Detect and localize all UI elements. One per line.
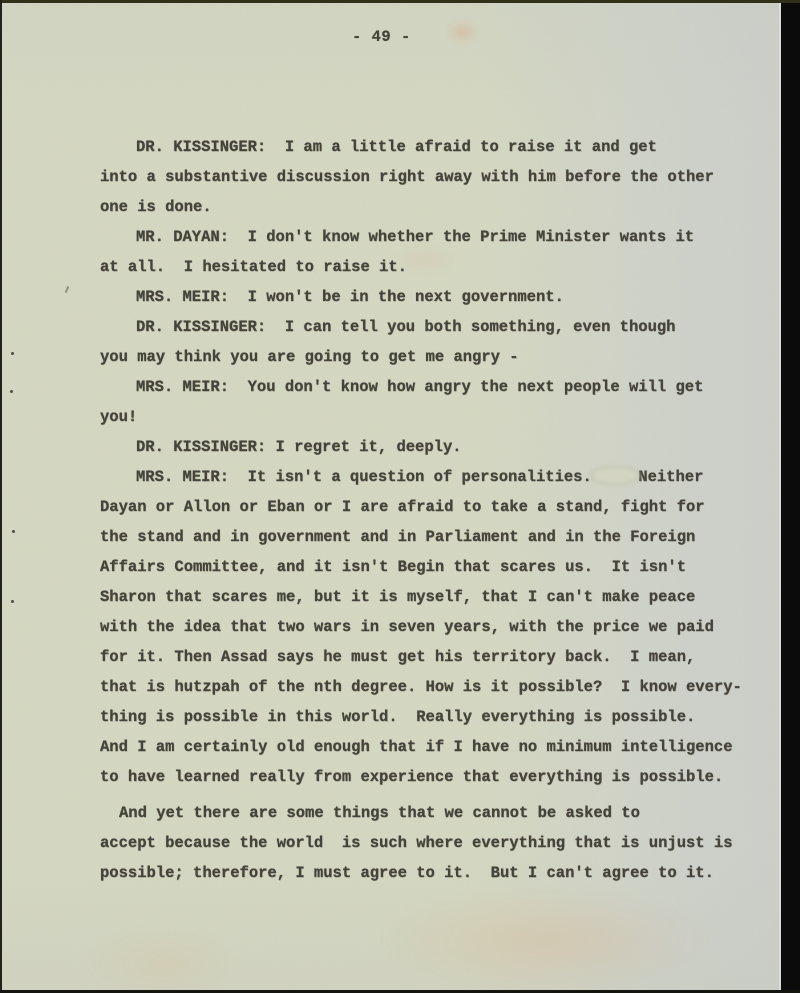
transcript-line: Sharon that scares me, but it is myself,… bbox=[100, 582, 740, 612]
transcript-line: Dayan or Allon or Eban or I are afraid t… bbox=[100, 492, 740, 522]
transcript-line: at all. I hesitated to raise it. bbox=[100, 252, 740, 282]
pencil-tick-mark bbox=[65, 286, 70, 293]
transcript-line: MRS. MEIR: You don't know how angry the … bbox=[100, 372, 740, 402]
transcript-line: you! bbox=[100, 402, 740, 432]
ink-speck bbox=[10, 390, 13, 393]
ink-speck bbox=[11, 352, 14, 355]
transcript-line: DR. KISSINGER: I regret it, deeply. bbox=[100, 432, 740, 462]
transcript-line: MR. DAYAN: I don't know whether the Prim… bbox=[100, 222, 740, 252]
transcript-line: DR. KISSINGER: I am a little afraid to r… bbox=[100, 132, 740, 162]
scan-edge-right-bar bbox=[781, 0, 800, 993]
transcript-line: with the idea that two wars in seven yea… bbox=[100, 612, 740, 642]
transcript-line: one is done. bbox=[100, 192, 740, 222]
ink-speck bbox=[11, 600, 14, 603]
ink-stain bbox=[445, 20, 479, 44]
transcript-line: for it. Then Assad says he must get his … bbox=[100, 642, 740, 672]
transcript-line: MRS. MEIR: I won't be in the next govern… bbox=[100, 282, 740, 312]
transcript-line: that is hutzpah of the nth degree. How i… bbox=[100, 672, 740, 702]
ink-speck bbox=[12, 530, 15, 533]
transcript-line: the stand and in government and in Parli… bbox=[100, 522, 740, 552]
ink-stain bbox=[88, 928, 238, 993]
transcript-line: And yet there are some things that we ca… bbox=[100, 798, 740, 828]
transcript-line: Affairs Committee, and it isn't Begin th… bbox=[100, 552, 740, 582]
whiteout-smudge bbox=[590, 466, 640, 485]
scan-edge-top bbox=[0, 0, 800, 3]
transcript-line: thing is possible in this world. Really … bbox=[100, 702, 740, 732]
scan-edge-left bbox=[0, 0, 2, 993]
scanned-document-page: - 49 - DR. KISSINGER: I am a little afra… bbox=[0, 0, 800, 993]
paper-background: - 49 - DR. KISSINGER: I am a little afra… bbox=[0, 0, 781, 993]
transcript-line: DR. KISSINGER: I can tell you both somet… bbox=[100, 312, 740, 342]
transcript-line: into a substantive discussion right away… bbox=[100, 162, 740, 192]
transcript-line: to have learned really from experience t… bbox=[100, 762, 740, 792]
transcript-line: accept because the world is such where e… bbox=[100, 828, 740, 858]
transcript: DR. KISSINGER: I am a little afraid to r… bbox=[100, 132, 740, 888]
page-number: - 49 - bbox=[352, 28, 411, 46]
transcript-line: MRS. MEIR: It isn't a question of person… bbox=[100, 462, 740, 492]
transcript-line: you may think you are going to get me an… bbox=[100, 342, 740, 372]
ink-stain bbox=[380, 888, 710, 993]
transcript-line: And I am certainly old enough that if I … bbox=[100, 732, 740, 762]
transcript-line: possible; therefore, I must agree to it.… bbox=[100, 858, 740, 888]
